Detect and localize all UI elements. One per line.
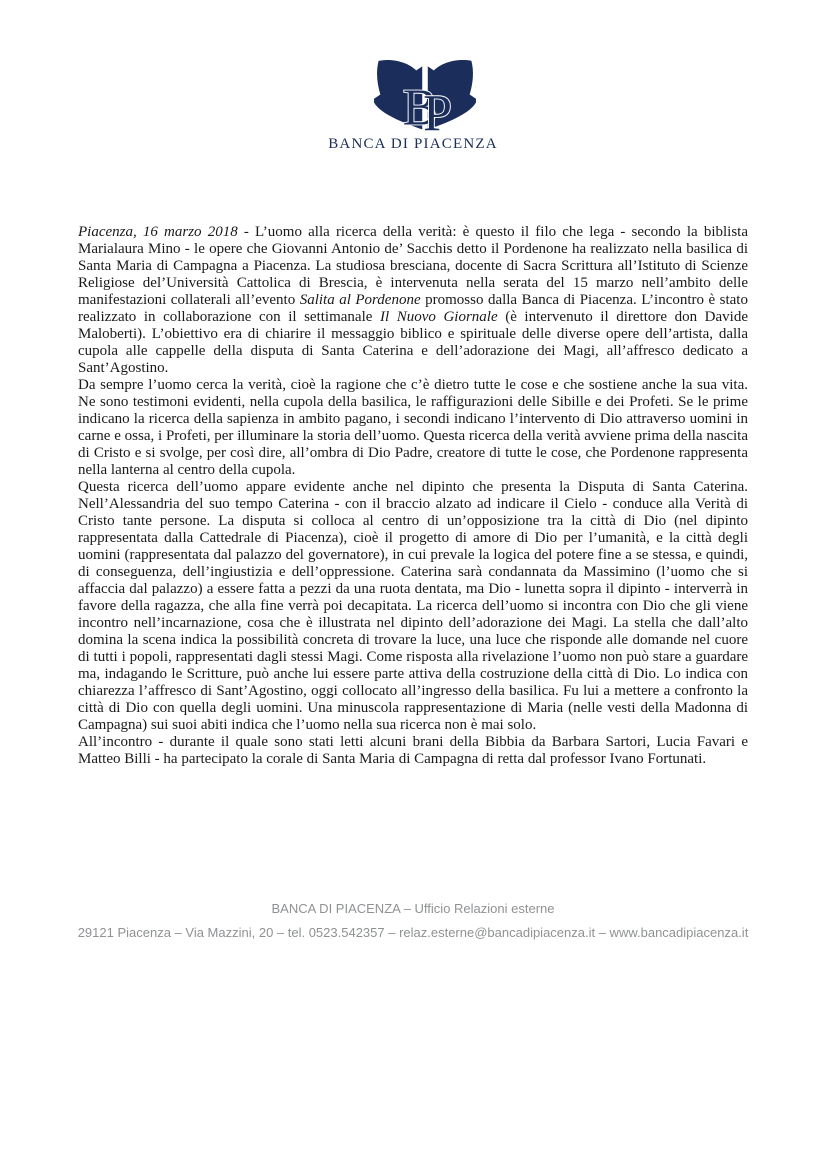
paragraph: Da sempre l’uomo cerca la verità, cioè l… [78,377,748,479]
bank-logo: B P BANCA DI PIACENZA [0,58,826,153]
text-run: Da sempre l’uomo cerca la verità, cioè l… [78,377,748,478]
press-release-page: B P BANCA DI PIACENZA Piacenza, 16 marzo… [0,0,826,1169]
footer: BANCA DI PIACENZA – Ufficio Relazioni es… [40,901,786,940]
text-run: Questa ricerca dell’uomo appare evidente… [78,479,748,733]
paragraph: All’incontro - durante il quale sono sta… [78,734,748,768]
text-run-italic: Salita al Pordenone [300,292,421,308]
paragraph: Piacenza, 16 marzo 2018 - L’uomo alla ri… [78,224,748,377]
text-run-italic: Il Nuovo Giornale [380,309,498,325]
bank-logo-emblem-icon: B P [366,58,484,134]
logo-monogram-p: P [423,85,452,142]
text-run: All’incontro - durante il quale sono sta… [78,734,748,767]
footer-office-line: BANCA DI PIACENZA – Ufficio Relazioni es… [40,901,786,916]
bank-brand-name: BANCA DI PIACENZA [0,136,826,153]
paragraph: Questa ricerca dell’uomo appare evidente… [78,479,748,734]
press-release-body: Piacenza, 16 marzo 2018 - L’uomo alla ri… [78,224,748,768]
text-run-italic: Piacenza, 16 marzo 2018 [78,224,238,240]
footer-contact-line: 29121 Piacenza – Via Mazzini, 20 – tel. … [40,925,786,940]
